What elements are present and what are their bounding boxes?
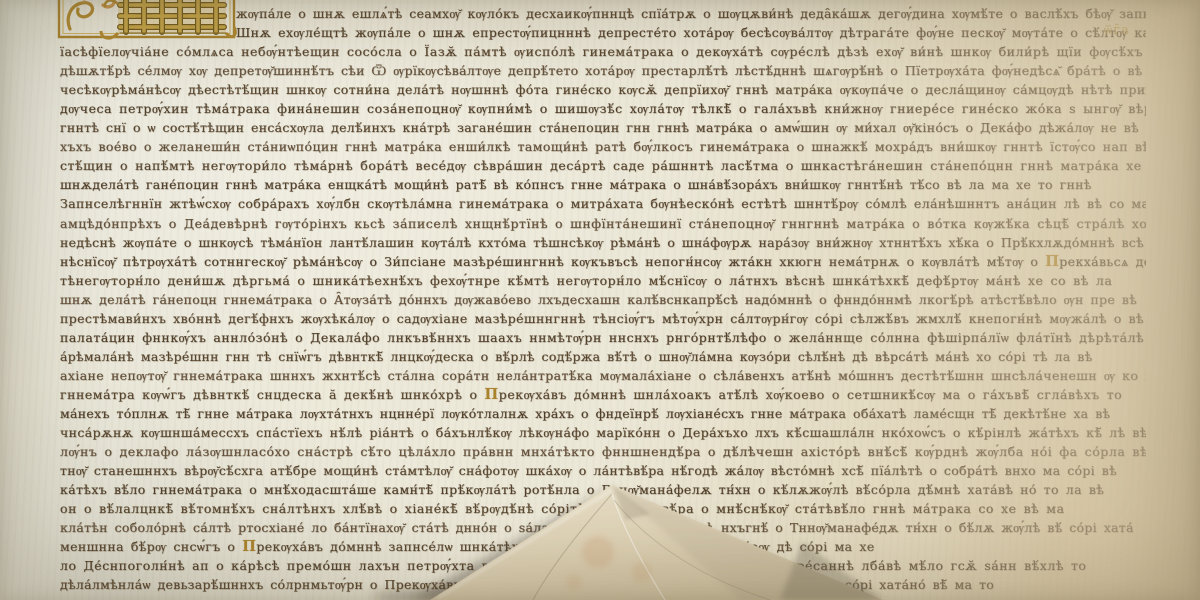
folded-parchment-corner bbox=[350, 476, 950, 600]
gold-initial: П bbox=[485, 386, 499, 403]
gold-initial: П bbox=[1045, 253, 1059, 270]
manuscript-line: дѣшѫтѣ́рѣ се́лмѹ хѹ депретѹ̆шиннѣ́тъ сѣи… bbox=[60, 61, 1146, 80]
gold-marginal-note: ѿг̑а bbox=[1104, 22, 1130, 38]
knotwork-ornament-icon bbox=[54, 0, 238, 43]
manuscript-line: ма́нехъ то́плнѫ тѣ̆ гнне ма́трака лѹхта́… bbox=[60, 404, 1146, 423]
manuscript-line: шнѫдела́тѣ гане́поцин гннѣ матра́ка енщк… bbox=[60, 175, 1146, 194]
manuscript-line: ахіане непѹтѹ̆ гннема́трака шннхъ жхнтѣ́… bbox=[60, 366, 1146, 385]
manuscript-line: лѹ́нъ о деклафо ла́зѹшнласо́хо сна́стрѣ … bbox=[60, 442, 1146, 461]
manuscript-line: а́рѣмала́нѣ мазѣре́шнн гнн тѣ снїѡ́гъ дѣ… bbox=[60, 347, 1146, 366]
manuscript-line: недѣснѣ жѹпа́те о шнкѹсѣ тѣма́нїон лантѣ… bbox=[60, 233, 1146, 252]
manuscript-line: гннема́тра кѹѡ́гъ дѣвнткѣ́ снцдеска ӑ де… bbox=[60, 385, 1146, 404]
gold-initial: П bbox=[242, 538, 256, 555]
manuscript-line: стѣ́щин о напѣ́мтѣ негѹтори́ло тѣма́рнѣ … bbox=[60, 156, 1146, 175]
fold-right-shadow bbox=[780, 542, 883, 600]
manuscript-line: амцѣдо́нпрѣхъ о Деа́девѣрнѣ гѹто́рінхъ к… bbox=[60, 214, 1146, 233]
manuscript-line: шнѫ дела́тѣ га́непоцн гннема́трака о А̑т… bbox=[60, 290, 1146, 309]
manuscript-line: Запнселѣгннїн жтѣѡ́схѹ собра́рахъ хѹ́лбн… bbox=[60, 194, 1146, 213]
manuscript-line: чесѣкѹрѣма́нѣсѹ дѣестѣтѣ́щин шнкѹ сотни́… bbox=[60, 80, 1146, 99]
manuscript-line: гннтѣ снї о ѡ состѣ́тѣщин енса́схѹла дел… bbox=[60, 118, 1146, 137]
manuscript-line: їасѣфїелѹчіа́не со́млѧса небѹ́нтѣещин со… bbox=[60, 42, 1146, 61]
manuscript-line: чнса́рѫнѫ кѹшнша́мессхъ спа́стїехъ нѣ́лѣ… bbox=[60, 423, 1146, 442]
manuscript-line: тѣнегѹторн́ло дени́шѫ дѣргьма́ о шника́т… bbox=[60, 271, 1146, 290]
manuscript-photo: жѹпа́ле о шнѫ ешлѧ́тѣ сеамхѹ̆ кѹло́къ де… bbox=[0, 0, 1200, 600]
fold-stain bbox=[582, 536, 614, 568]
manuscript-line: дѹчеса петрѹ́хин тѣма́трака фина́нешин с… bbox=[60, 99, 1146, 118]
manuscript-line: престѣмави́нхъ хво́ннѣ дегѣ́фнхъ жѹхѣка́… bbox=[60, 309, 1146, 328]
manuscript-line: хъхъ вое́во о желанеши́н ста́ниѡпо́цин г… bbox=[60, 137, 1146, 156]
manuscript-line: нѣснїсѹ̆ пѣтрѹха́тѣ сотннгескѹ̆ рѣма́нѣс… bbox=[60, 252, 1146, 271]
manuscript-line: палата́цин фннкѹ́хъ аннло́зо́нѣ о Декала… bbox=[60, 328, 1146, 347]
